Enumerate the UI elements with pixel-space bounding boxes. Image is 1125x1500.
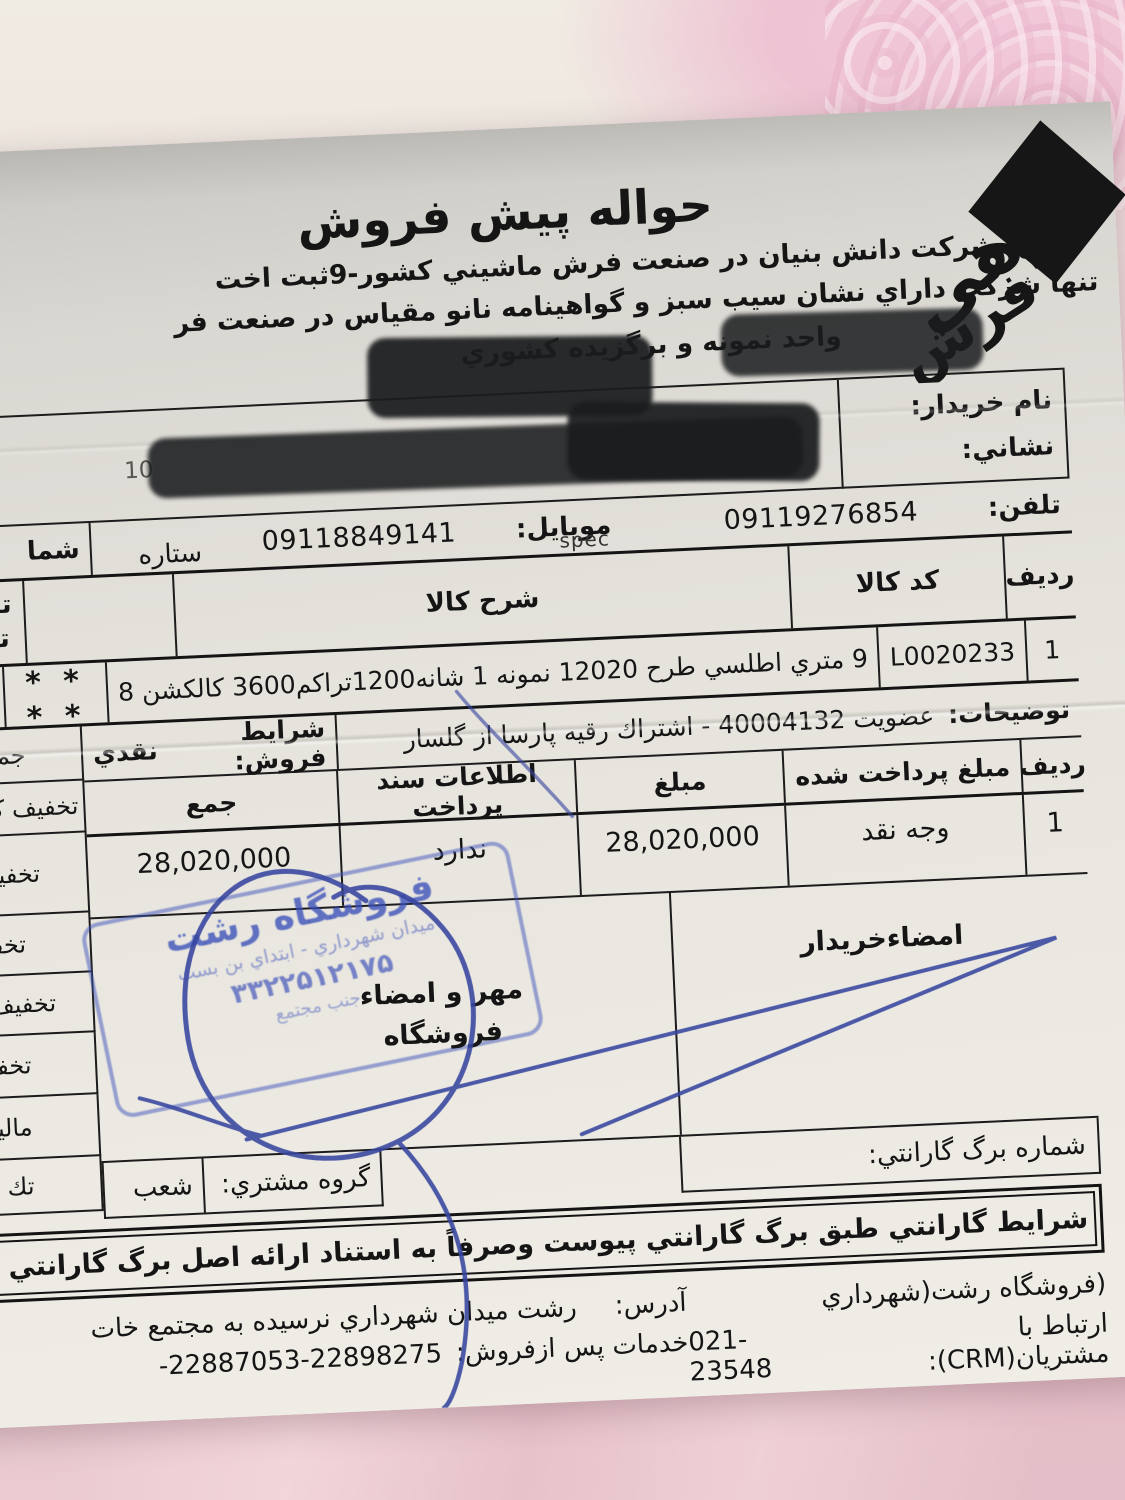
summary-row: ماليات <box>0 1094 101 1162</box>
pay-col-row: رديف <box>1019 737 1083 792</box>
invoice-paper: فرهی فرش حواله پيش فروش تنها شركت دانش ب… <box>0 101 1125 1430</box>
invoice-form: نام خريدار: نشاني: تلفن: 09119276854 موب… <box>0 368 1110 1421</box>
pay-row-no: 1 <box>1022 792 1088 875</box>
sale-terms-cell: شرايط فروش: نقدي <box>82 715 339 781</box>
col-star-spacer <box>22 574 176 663</box>
spec-print-artifact: spec <box>559 526 610 552</box>
pay-col-doc-info: اطلاعات سند پرداخت <box>336 760 576 823</box>
after-sales-numbers: -22887053-22898275 <box>158 1339 443 1382</box>
customer-group-cell: گروه مشتري: <box>201 1150 383 1214</box>
pay-col-total: جمع <box>84 771 338 834</box>
sale-terms-value: نقدي <box>92 736 158 768</box>
summary-row: تك س <box>0 1156 104 1217</box>
phone-value: 09119276854 <box>723 496 919 536</box>
notes-label: توضيحات: <box>947 694 1070 729</box>
address-label: نشاني: <box>853 424 1055 479</box>
col-row-no: رديف <box>1002 533 1076 618</box>
item-stars: * * * * <box>2 662 107 727</box>
summary-row: تخفيف ك <box>0 972 96 1038</box>
redaction-bar <box>720 308 984 377</box>
phone-label: تلفن: <box>987 490 1061 523</box>
summary-row: تخفيفات <box>0 832 90 918</box>
star-column-label: ستاره <box>91 517 213 574</box>
col-item-code: كد كالا <box>787 537 1005 629</box>
pay-col-paid: مبلغ پرداخت شده <box>782 740 1022 803</box>
store-seal-label: مهر و امضاء فروشگاه <box>359 970 526 1058</box>
pay-amount: 28,020,000 <box>576 806 787 895</box>
summary-row: جمع اق <box>0 727 84 787</box>
crm-number: 021-23548 <box>688 1322 823 1388</box>
address-label: آدرس: <box>576 1288 687 1323</box>
summary-row: تخفيف <box>0 1032 98 1100</box>
pay-col-amount: مبلغ <box>574 751 784 812</box>
sale-terms-label: شرايط فروش: <box>166 713 327 778</box>
buyer-signature-cell: امضاءخريدار <box>669 874 1099 1135</box>
mobile-value: 09118849141 <box>261 517 457 557</box>
branches-cell: شعب <box>102 1159 204 1219</box>
item-code: L0020233 <box>877 621 1027 688</box>
crm-label: ارتباط با مشتريان(CRM): <box>846 1309 1110 1381</box>
item-row-no: 1 <box>1024 618 1079 680</box>
notes-value: عضويت 40004132 - اشتراك رقيه پارسا از گل… <box>403 700 935 753</box>
customer-labels: نام خريدار: نشاني: <box>837 370 1070 489</box>
col-count: تعداد تخته <box>0 581 26 667</box>
summary-row: تخفيف كلكن <box>0 780 87 838</box>
pay-method: وجه نقد <box>784 795 1025 886</box>
store-name: (فروشگاه رشت(شهرداري <box>686 1269 1107 1318</box>
serial-cell: شما <box>0 523 93 582</box>
crm-contact: ارتباط با مشتريان(CRM): 021-23548 <box>688 1309 1110 1388</box>
summary-row: تخفيف <box>0 912 93 978</box>
after-sales-label: خدمات پس ازفروش: <box>455 1328 689 1369</box>
